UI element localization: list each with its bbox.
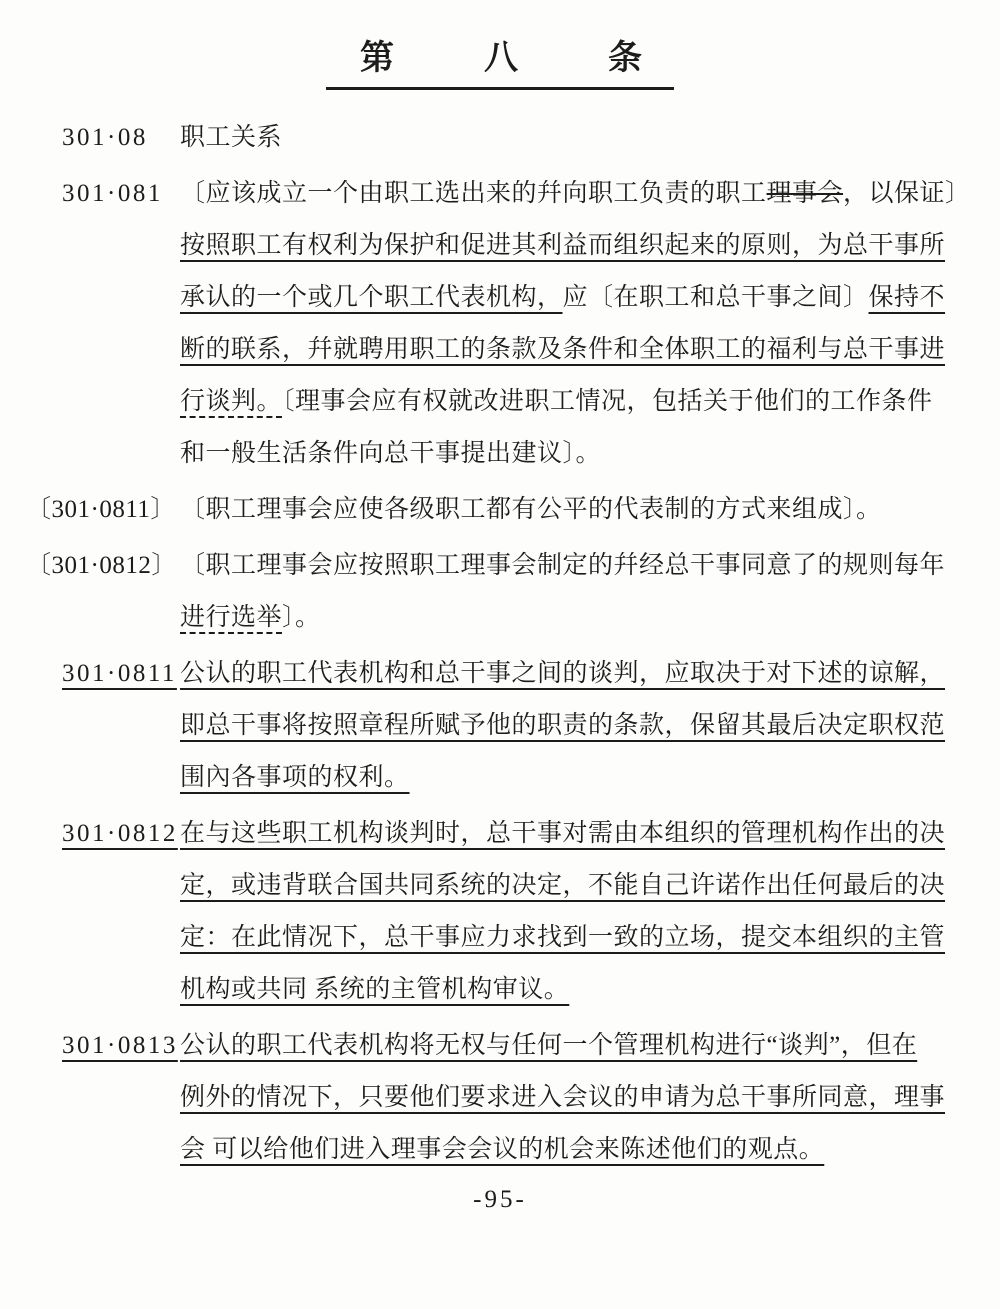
text-segment: ，以保证〕 [843,180,971,207]
text-segment: 应〔在职工和总干事之间〕 [563,284,869,311]
text-segment: 和一般生活条件向总干事提出建议〕。 [180,440,601,467]
text-segment: 进行选举 [180,604,282,631]
sec-301-0812-bracketed-line-0: 〔301·0812〕〔职工理事会应按照职工理事会制定的幷经总干事同意了的规则每年 [180,540,1000,592]
text-segment: 承认的一个或几个职工代表机构， [180,284,563,311]
text-segment: 断的联系，幷就聘用职工的条款及条件和全体职工的福利与总干事进 [180,336,945,363]
sec-301-081-label: 301·081 [62,168,163,220]
text-segment: 按照职工有权利为保护和促进其利益而组织起来的原则，为总干事所 [180,232,945,259]
text-segment: 〔职工理事会应使各级职工都有公平的代表制的方式来组成〕。 [180,496,882,523]
sec-301-0813-label: 301·0813 [62,1020,178,1072]
sec-301-0811-line-2: 围內各事项的权利。 [180,752,1000,804]
text-segment: 在与这些职工机构谈判时，总干事对需由本组织的管理机构作出的决 [180,820,945,847]
sec-301-0812: 301·0812在与这些职工机构谈判时，总干事对需由本组织的管理机构作出的决定，… [0,808,1000,1016]
sec-301-08-label: 301·08 [62,112,148,164]
sec-301-0811-bracketed-label: 〔301·0811〕 [26,484,176,536]
sec-301-081-line-2: 承认的一个或几个职工代表机构，应〔在职工和总干事之间〕保持不 [180,272,1000,324]
text-segment: 例外的情况下，只要他们要求进入会议的申请为总干事所同意，理事 [180,1084,945,1111]
sec-301-081-line-1: 按照职工有权利为保护和促进其利益而组织起来的原则，为总干事所 [180,220,1000,272]
sec-301-0812-bracketed-line-1: 进行选举〕。 [180,592,1000,644]
sec-301-08-line-0: 301·08职工关系 [180,112,1000,164]
sec-301-0812-line-1: 定，或违背联合国共同系统的决定，不能自己许诺作出任何最后的决 [180,860,1000,912]
sec-301-081-line-3: 断的联系，幷就聘用职工的条款及条件和全体职工的福利与总干事进 [180,324,1000,376]
text-segment: 〔职工理事会应按照职工理事会制定的幷经总干事同意了的规则每年 [180,552,945,579]
text-segment: 定：在此情况下，总干事应力求找到一致的立场，提交本组织的主管 [180,924,945,951]
sec-301-0811-bracketed-line-0: 〔301·0811〕〔职工理事会应使各级职工都有公平的代表制的方式来组成〕。 [180,484,1000,536]
sec-301-0812-bracketed: 〔301·0812〕〔职工理事会应按照职工理事会制定的幷经总干事同意了的规则每年… [0,540,1000,644]
text-segment: 机构或共同 系统的主管机构审议。 [180,976,569,1003]
sec-301-0813: 301·0813公认的职工代表机构将无权与任何一个管理机构进行“谈判”，但在例外… [0,1020,1000,1176]
text-segment: 〔理事会应有权就改进职工情况，包括关于他们的工作条件 [282,388,933,415]
sec-301-0812-label: 301·0812 [62,808,178,860]
text-segment: 公认的职工代表机构和总干事之间的谈判，应取决于对下述的谅解， [180,660,945,687]
text-segment: 理事会 [767,180,844,207]
sec-301-0813-line-1: 例外的情况下，只要他们要求进入会议的申请为总干事所同意，理事 [180,1072,1000,1124]
page-title: 第 八 条 [326,30,674,90]
text-segment: 〔应该成立一个由职工选出来的幷向职工负责的职工 [180,180,767,207]
sec-301-0812-line-0: 301·0812在与这些职工机构谈判时，总干事对需由本组织的管理机构作出的决 [180,808,1000,860]
sec-301-0812-line-2: 定：在此情况下，总干事应力求找到一致的立场，提交本组织的主管 [180,912,1000,964]
text-segment: 会 可以给他们进入理事会会议的机会来陈述他们的观点。 [180,1136,824,1163]
sec-301-0811-bracketed: 〔301·0811〕〔职工理事会应使各级职工都有公平的代表制的方式来组成〕。 [0,484,1000,536]
sec-301-081-line-0: 301·081〔应该成立一个由职工选出来的幷向职工负责的职工理事会，以保证〕 [180,168,1000,220]
sec-301-0812-line-3: 机构或共同 系统的主管机构审议。 [180,964,1000,1016]
sec-301-0812-bracketed-label: 〔301·0812〕 [26,540,177,592]
text-segment: 职工关系 [180,124,282,151]
sec-301-081-line-4: 行谈判。〔理事会应有权就改进职工情况，包括关于他们的工作条件 [180,376,1000,428]
sec-301-0811-line-0: 301·0811公认的职工代表机构和总干事之间的谈判，应取决于对下述的谅解， [180,648,1000,700]
sec-301-0813-line-2: 会 可以给他们进入理事会会议的机会来陈述他们的观点。 [180,1124,1000,1176]
text-segment: 行谈判。 [180,388,282,415]
sec-301-081-line-5: 和一般生活条件向总干事提出建议〕。 [180,428,1000,480]
title-row: 第 八 条 [0,30,1000,90]
sec-301-0811-line-1: 即总干事将按照章程所赋予他的职责的条款，保留其最后决定职权范 [180,700,1000,752]
sec-301-0811-label: 301·0811 [62,648,177,700]
sec-301-0813-line-0: 301·0813公认的职工代表机构将无权与任何一个管理机构进行“谈判”，但在 [180,1020,1000,1072]
document-body: 301·08职工关系301·081〔应该成立一个由职工选出来的幷向职工负责的职工… [0,112,1000,1180]
text-segment: 定，或违背联合国共同系统的决定，不能自己许诺作出任何最后的决 [180,872,945,899]
text-segment: 〕。 [282,604,321,631]
sec-301-081: 301·081〔应该成立一个由职工选出来的幷向职工负责的职工理事会，以保证〕按照… [0,168,1000,480]
text-segment: 围內各事项的权利。 [180,764,410,791]
text-segment: 公认的职工代表机构将无权与任何一个管理机构进行“谈判”，但在 [180,1032,917,1059]
text-segment: 保持不 [869,284,946,311]
page-number: -95- [0,1186,1000,1214]
sec-301-0811: 301·0811公认的职工代表机构和总干事之间的谈判，应取决于对下述的谅解，即总… [0,648,1000,804]
text-segment: 即总干事将按照章程所赋予他的职责的条款，保留其最后决定职权范 [180,712,945,739]
sec-301-08: 301·08职工关系 [0,112,1000,164]
scanned-document-page: 第 八 条 301·08职工关系301·081〔应该成立一个由职工选出来的幷向职… [0,0,1000,1309]
page-number-text: -95- [473,1186,527,1213]
